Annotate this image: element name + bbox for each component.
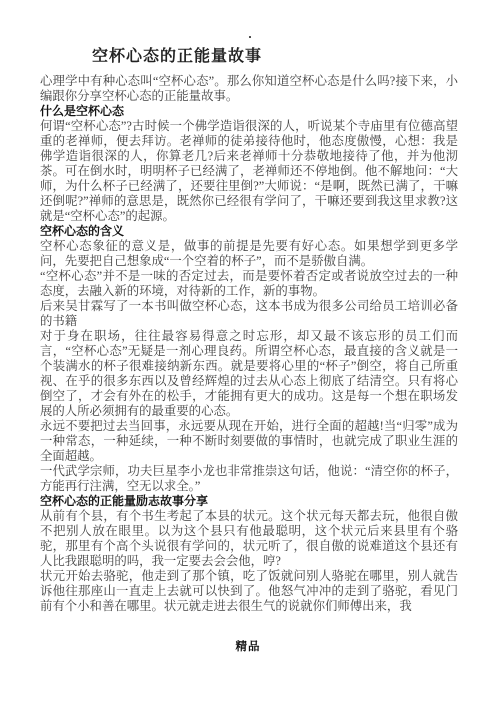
section-heading-story-share: 空杯心态的正能量励志故事分享 — [40, 494, 458, 509]
footer-label: 精品 — [0, 638, 496, 654]
document-title: 空杯心态的正能量故事 — [40, 44, 458, 70]
paragraph-meaning-2: “空杯心态”并不是一味的否定过去，而是要怀着否定或者说放空过去的一种态度，去融入… — [40, 269, 458, 299]
document-page: . 空杯心态的正能量故事 心理学中有种心态叫“空杯心态”。那么你知道空杯心态是什… — [0, 0, 496, 702]
header-dot: . — [244, 26, 256, 42]
paragraph-intro: 心理学中有种心态叫“空杯心态”。那么你知道空杯心态是什么吗?接下来，小编跟你分享… — [40, 74, 458, 104]
paragraph-story-1: 从前有个县，有个书生考起了本县的状元。这个状元每天都去玩，他很自傲不把别人放在眼… — [40, 509, 458, 569]
paragraph-story-2: 状元开始去骆驼，他走到了那个镇，吃了饭就问别人骆驼在哪里，别人就告诉他往那座山一… — [40, 569, 458, 614]
document-body: 空杯心态的正能量故事 心理学中有种心态叫“空杯心态”。那么你知道空杯心态是什么吗… — [40, 44, 458, 614]
paragraph-book: 后来吴甘霖写了一本书叫做空杯心态，这本书成为很多公司给员工培训必备的书籍 — [40, 299, 458, 329]
paragraph-bruce-lee-quote: 一代武学宗师，功夫巨星李小龙也非常推崇这句话，他说：“清空你的杯子，方能再行注满… — [40, 464, 458, 494]
paragraph-workplace: 对于身在职场，往往最容易得意之时忘形，却又最不该忘形的员工们而言，“空杯心态”无… — [40, 329, 458, 419]
paragraph-meaning-1: 空杯心态象征的意义是，做事的前提是先要有好心态。如果想学到更多学问，先要把自己想… — [40, 239, 458, 269]
section-heading-what-is: 什么是空杯心态 — [40, 104, 458, 119]
paragraph-reset-to-zero: 永远不要把过去当回事，永远要从现在开始，进行全面的超越!当“归零”成为一种常态，… — [40, 419, 458, 464]
section-heading-meaning: 空杯心态的含义 — [40, 224, 458, 239]
paragraph-origin-story: 何谓“空杯心态”?古时候一个佛学造诣很深的人，听说某个寺庙里有位德高望重的老禅师… — [40, 119, 458, 224]
